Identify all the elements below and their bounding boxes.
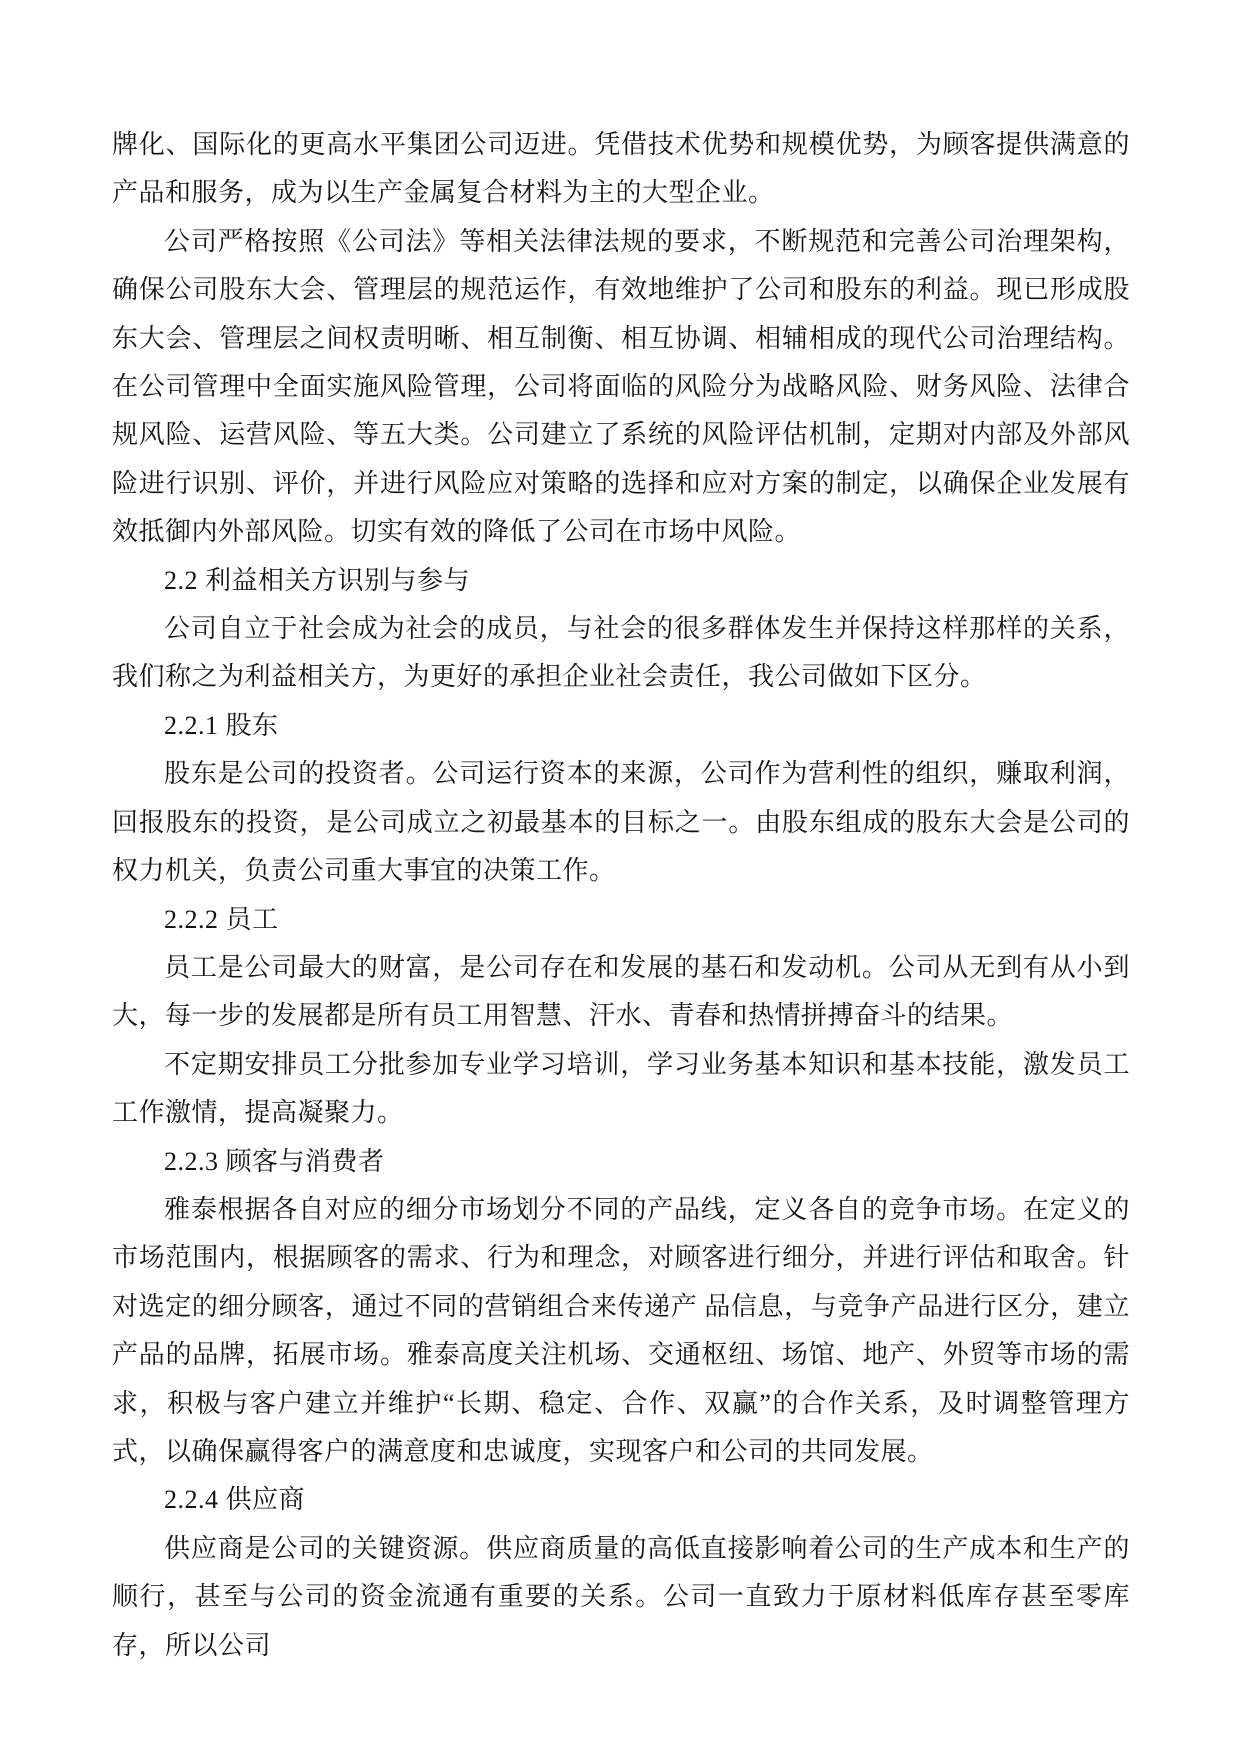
governance-risk-paragraph: 公司严格按照《公司法》等相关法律法规的要求，不断规范和完善公司治理架构，确保公司… — [112, 218, 1130, 557]
heading-2-2-3-customers: 2.2.3 顾客与消费者 — [112, 1138, 1130, 1186]
document-page: 牌化、国际化的更高水平集团公司迈进。凭借技术优势和规模优势，为顾客提供满意的产品… — [0, 0, 1240, 1754]
employees-paragraph: 员工是公司最大的财富，是公司存在和发展的基石和发动机。公司从无到有从小到大，每一… — [112, 944, 1130, 1041]
document-body: 牌化、国际化的更高水平集团公司迈进。凭借技术优势和规模优势，为顾客提供满意的产品… — [112, 121, 1130, 1670]
suppliers-paragraph: 供应商是公司的关键资源。供应商质量的高低直接影响着公司的生产成本和生产的顺行，甚… — [112, 1525, 1130, 1670]
employee-training-paragraph: 不定期安排员工分批参加专业学习培训，学习业务基本知识和基本技能，激发员工工作激情… — [112, 1041, 1130, 1138]
continued-paragraph: 牌化、国际化的更高水平集团公司迈进。凭借技术优势和规模优势，为顾客提供满意的产品… — [112, 121, 1130, 218]
heading-2-2-2-employees: 2.2.2 员工 — [112, 896, 1130, 944]
heading-2-2-4-suppliers: 2.2.4 供应商 — [112, 1476, 1130, 1524]
shareholders-paragraph: 股东是公司的投资者。公司运行资本的来源，公司作为营利性的组织，赚取利润，回报股东… — [112, 750, 1130, 895]
heading-2-2-stakeholders: 2.2 利益相关方识别与参与 — [112, 557, 1130, 605]
stakeholders-intro-paragraph: 公司自立于社会成为社会的成员，与社会的很多群体发生并保持这样那样的关系，我们称之… — [112, 605, 1130, 702]
customers-paragraph: 雅泰根据各自对应的细分市场划分不同的产品线，定义各自的竞争市场。在定义的市场范围… — [112, 1186, 1130, 1476]
heading-2-2-1-shareholders: 2.2.1 股东 — [112, 702, 1130, 750]
